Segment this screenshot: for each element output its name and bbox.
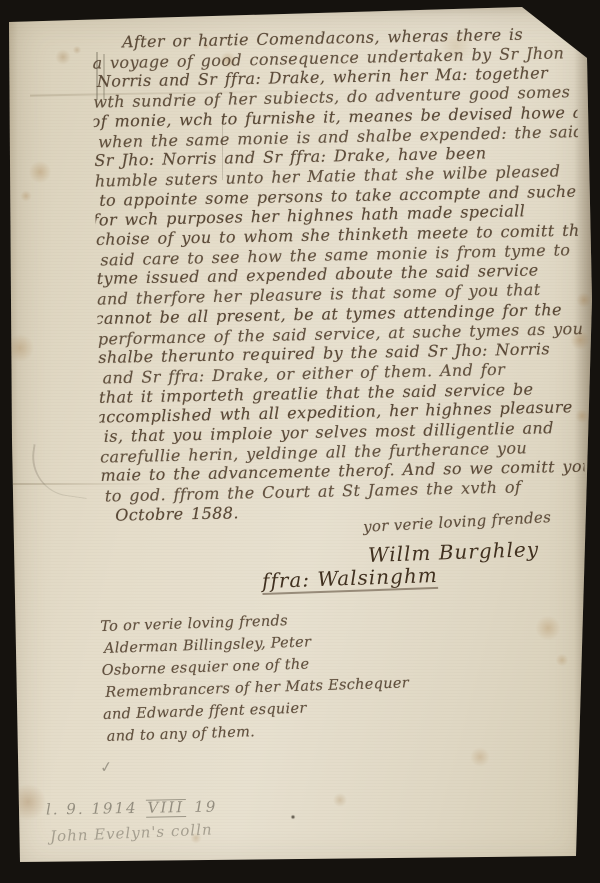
letter-body: After or hartie Comendacons, wheras ther… [92,24,586,533]
signature-walsingham: ffra: Walsinghm [262,563,438,593]
manuscript-page: After or hartie Comendacons, wheras ther… [0,0,600,883]
accession-date: l. 9. 1914 [46,799,138,819]
accession-note: l. 9. 1914VIII19 [46,798,218,820]
collection-note: John Evelyn's colln [50,820,213,845]
signature-burghley: Willm Burghley [368,537,540,567]
pencil-checkmark: ✓ [99,757,114,777]
photo-backdrop: After or hartie Comendacons, wheras ther… [0,0,600,883]
accession-volume: VIII [145,799,186,817]
pencil-squiggle [27,444,93,499]
accession-number: 19 [194,798,217,816]
address-block: To or verie loving frends Alderman Billi… [100,606,424,748]
